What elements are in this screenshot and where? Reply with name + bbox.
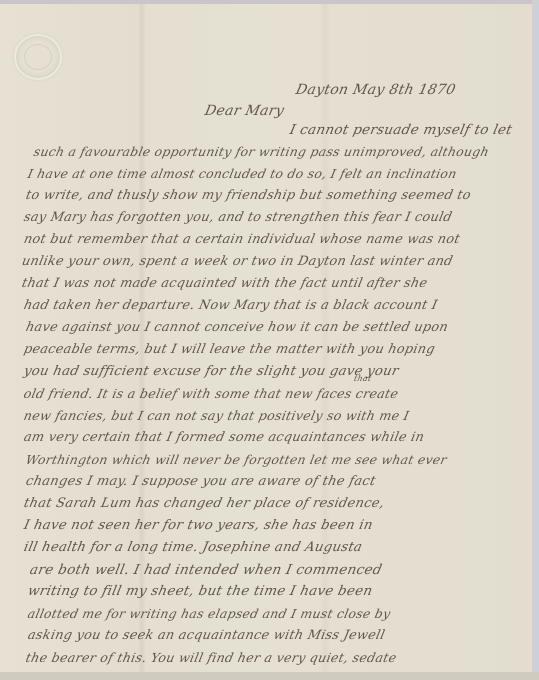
scan-bottom-edge [0,672,539,680]
letter-line: Worthington which will never be forgotte… [24,452,448,467]
letter-line: that I was not made acquainted with the … [20,276,428,291]
letter-line: old friend. It is a belief with some tha… [22,386,400,401]
letter-line: had taken her departure. Now Mary that i… [22,298,438,313]
letter-line: peaceable terms, but I will leave the ma… [22,342,436,357]
dateline: Dayton May 8th 1870 [294,82,457,98]
letter-line: are both well. I had intended when I com… [28,562,383,578]
salutation: Dear Mary [203,103,285,119]
letter-line: new fancies, but I can not say that posi… [22,408,410,423]
interlinear-insertion: that [353,374,372,383]
letter-line: changes I may. I suppose you are aware o… [24,474,377,489]
letter-line: such a favourable opportunity for writin… [32,144,490,159]
embossed-seal-icon [14,34,62,80]
letter-line: ill health for a long time. Josephine an… [22,540,363,555]
letter-line: unlike your own, spent a week or two in … [20,254,454,269]
letter-line: to write, and thusly show my friendship … [24,188,472,203]
letter-line: allotted me for writing has elapsed and … [26,606,392,621]
letter-line: writing to fill my sheet, but the time I… [26,584,373,599]
letter-line: you had sufficient excuse for the slight… [22,364,400,379]
letter-line: I have at one time almost concluded to d… [26,166,458,181]
letter-line: that Sarah Lum has changed her place of … [22,496,385,511]
letter-line: asking you to seek an acquaintance with … [26,628,386,643]
scan-right-edge [532,0,539,680]
letter-line: say Mary has forgotten you, and to stren… [22,210,453,225]
letter-line: I have not seen her for two years, she h… [22,518,374,533]
letter-line: the bearer of this. You will find her a … [24,650,398,665]
letter-line: have against you I cannot conceive how i… [24,320,449,335]
letter-line: I cannot persuade myself to let [288,122,513,138]
letter-line: am very certain that I formed some acqua… [22,430,425,445]
letter-line: not but remember that a certain individu… [22,232,461,247]
